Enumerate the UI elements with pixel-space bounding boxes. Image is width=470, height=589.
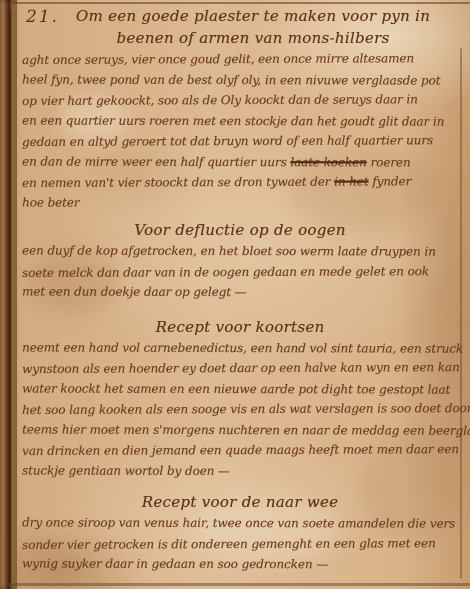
page-title: beenen of armen van mons-hilbers xyxy=(22,27,458,49)
text-segment: roeren xyxy=(367,155,411,169)
recipe-section-main: Om een goede plaester te maken voor pyn … xyxy=(22,5,458,213)
manuscript-line: en dan de mirre weer een half quartier u… xyxy=(22,151,458,173)
text-segment: wynig suyker daar in gedaan en soo gedro… xyxy=(22,556,328,571)
page-bottom-edge xyxy=(6,583,470,586)
struck-text: in het xyxy=(334,174,368,188)
manuscript-line: een duyf de kop afgetrocken, en het bloe… xyxy=(22,240,458,262)
manuscript-line: neemt een hand vol carnebenedictus, een … xyxy=(22,337,458,359)
text-segment: aght once seruys, vier once goud gelit, … xyxy=(22,51,414,67)
page-top-edge xyxy=(12,2,470,4)
recipe-section: Voor defluctie op de oogeneen duyf de ko… xyxy=(22,219,458,303)
manuscript-line: sonder vier getrocken is dit ondereen ge… xyxy=(22,533,458,555)
section-heading: Voor defluctie op de oogen xyxy=(22,219,458,241)
manuscript-line: heel fyn, twee pond van de best olyf oly… xyxy=(22,69,458,91)
page-right-edge xyxy=(460,48,462,579)
section-heading: Recept voor koortsen xyxy=(22,316,458,338)
manuscript-line: teems hier moet men s'morgens nuchteren … xyxy=(22,419,458,441)
manuscript-line: gedaan en altyd geroert tot dat bruyn wo… xyxy=(22,130,458,152)
manuscript-line: met een dun doekje daar op gelegt — xyxy=(22,281,458,303)
text-segment: water koockt het samen en een nieuwe aar… xyxy=(22,381,450,396)
text-segment: een duyf de kop afgetrocken, en het bloe… xyxy=(22,243,436,258)
section-heading: Recept voor de naar wee xyxy=(22,491,458,513)
manuscript-line: stuckje gentiaan wortol by doen — xyxy=(22,460,458,482)
manuscript-line: en een quartier uurs roeren met een stoc… xyxy=(22,110,458,132)
text-segment: teems hier moet men s'morgens nuchteren … xyxy=(22,422,470,437)
recipe-section: Recept voor koortsenneemt een hand vol c… xyxy=(22,316,458,482)
manuscript-line: aght once seruys, vier once goud gelit, … xyxy=(22,48,458,70)
manuscript-line: soete melck dan daar van in de oogen ged… xyxy=(22,261,458,283)
manuscript-line: wynig suyker daar in gedaan en soo gedro… xyxy=(22,553,458,575)
text-segment: met een dun doekje daar op gelegt — xyxy=(22,284,247,299)
manuscript-line: hoe beter xyxy=(22,192,458,214)
text-segment: fynder xyxy=(368,174,411,188)
text-segment: en dan de mirre weer een half quartier u… xyxy=(22,154,290,169)
manuscript-line: van drincken en dien jemand een quade ma… xyxy=(22,439,458,461)
text-segment: soete melck dan daar van in de oogen ged… xyxy=(22,264,429,280)
text-segment: en een quartier uurs roeren met een stoc… xyxy=(22,113,444,128)
text-segment: het soo lang kooken als een sooge vis en… xyxy=(22,401,470,417)
text-segment: op vier hart gekoockt, soo als de Oly ko… xyxy=(22,92,418,108)
text-segment: van drincken en dien jemand een quade ma… xyxy=(22,442,459,458)
text-segment: dry once siroop van venus hair, twee onc… xyxy=(22,515,455,530)
manuscript-line: water koockt het samen en een nieuwe aar… xyxy=(22,378,458,400)
text-segment: hoe beter xyxy=(22,195,79,209)
manuscript-page: 21. Om een goede plaester te maken voor … xyxy=(0,0,470,589)
struck-text: laate koeken xyxy=(290,155,366,169)
page-title: Om een goede plaester te maken voor pyn … xyxy=(22,5,458,27)
text-segment: stuckje gentiaan wortol by doen — xyxy=(22,463,230,478)
manuscript-line: op vier hart gekoockt, soo als de Oly ko… xyxy=(22,89,458,111)
text-segment: gedaan en altyd geroert tot dat bruyn wo… xyxy=(22,133,433,149)
text-segment: heel fyn, twee pond van de best olyf oly… xyxy=(22,72,440,87)
text-segment: wynstoon als een hoender ey doet daar op… xyxy=(22,360,460,376)
book-binding-edge xyxy=(0,0,17,589)
manuscript-line: het soo lang kooken als een sooge vis en… xyxy=(22,398,458,420)
manuscript-text: Om een goede plaester te maken voor pyn … xyxy=(22,5,458,575)
recipe-section: Recept voor de naar weedry once siroop v… xyxy=(22,491,458,575)
text-segment: neemt een hand vol carnebenedictus, een … xyxy=(22,340,463,355)
text-segment: en nemen van't vier stoockt dan se dron … xyxy=(22,175,334,190)
manuscript-line: wynstoon als een hoender ey doet daar op… xyxy=(22,357,458,379)
manuscript-line: dry once siroop van venus hair, twee onc… xyxy=(22,512,458,534)
manuscript-line: en nemen van't vier stoockt dan se dron … xyxy=(22,171,458,193)
text-segment: sonder vier getrocken is dit ondereen ge… xyxy=(22,536,436,552)
